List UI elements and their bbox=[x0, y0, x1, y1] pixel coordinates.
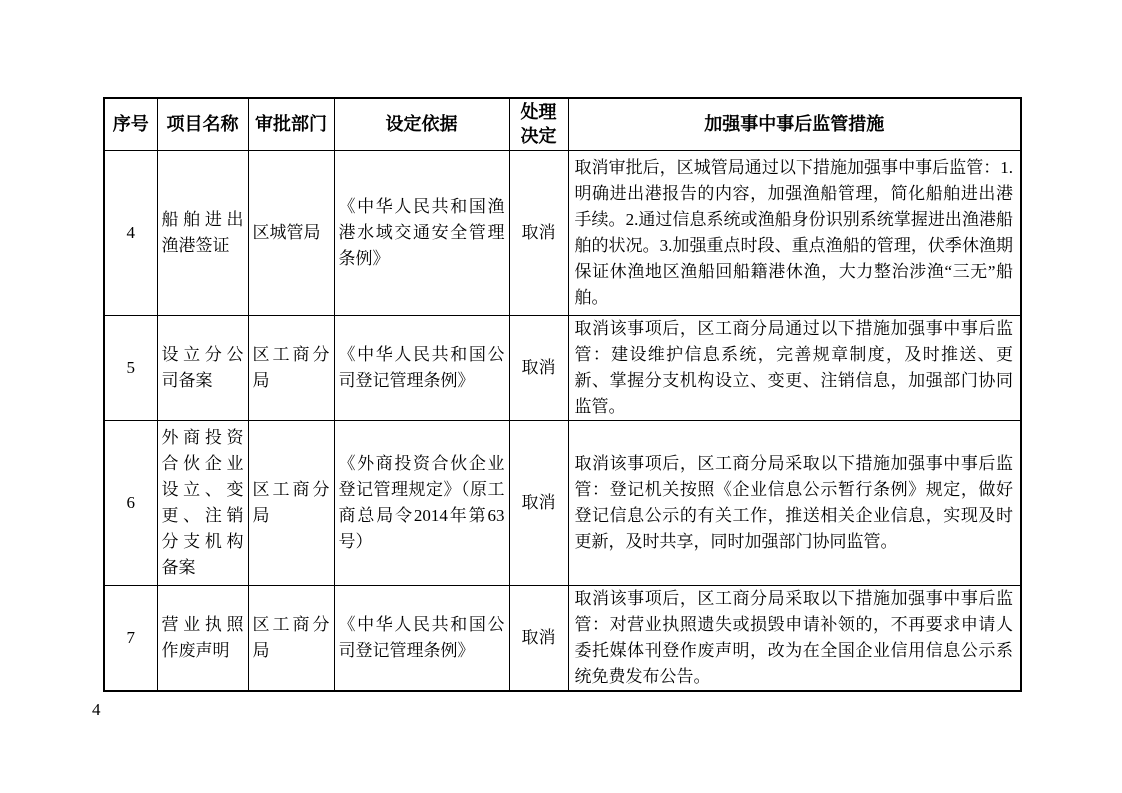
cell-approval-dept: 区工商分局 bbox=[248, 585, 334, 691]
document-page: 序号 项目名称 审批部门 设定依据 处理决定 加强事中事后监管措施 4 船舶进出… bbox=[0, 0, 1122, 793]
cell-no: 6 bbox=[104, 420, 157, 585]
header-cell-decision: 处理决定 bbox=[509, 98, 568, 150]
header-cell-measures: 加强事中事后监管措施 bbox=[568, 98, 1021, 150]
cell-no: 7 bbox=[104, 585, 157, 691]
cell-approval-dept: 区工商分局 bbox=[248, 420, 334, 585]
table-header-row: 序号 项目名称 审批部门 设定依据 处理决定 加强事中事后监管措施 bbox=[104, 98, 1021, 150]
cell-project-name: 营业执照作废声明 bbox=[157, 585, 248, 691]
table-row: 4 船舶进出渔港签证 区城管局 《中华人民共和国渔港水域交通安全管理条例》 取消… bbox=[104, 150, 1021, 315]
table-row: 5 设立分公司备案 区工商分局 《中华人民共和国公司登记管理条例》 取消 取消该… bbox=[104, 315, 1021, 420]
cell-basis: 《中华人民共和国公司登记管理条例》 bbox=[334, 315, 509, 420]
cell-approval-dept: 区城管局 bbox=[248, 150, 334, 315]
cell-measures: 取消该事项后，区工商分局采取以下措施加强事中事后监管：对营业执照遗失或损毁申请补… bbox=[568, 585, 1021, 691]
cell-measures: 取消该事项后，区工商分局通过以下措施加强事中事后监管：建设维护信息系统，完善规章… bbox=[568, 315, 1021, 420]
cell-decision: 取消 bbox=[509, 150, 568, 315]
cell-no: 5 bbox=[104, 315, 157, 420]
cell-basis: 《外商投资合伙企业登记管理规定》（原工商总局令2014年第63号） bbox=[334, 420, 509, 585]
cell-decision: 取消 bbox=[509, 585, 568, 691]
cell-measures: 取消审批后，区城管局通过以下措施加强事中事后监管：1.明确进出港报告的内容，加强… bbox=[568, 150, 1021, 315]
header-decision-label: 处理决定 bbox=[516, 100, 561, 148]
header-cell-approval-dept: 审批部门 bbox=[248, 98, 334, 150]
page-number: 4 bbox=[92, 700, 101, 720]
approval-items-table: 序号 项目名称 审批部门 设定依据 处理决定 加强事中事后监管措施 4 船舶进出… bbox=[103, 97, 1022, 692]
cell-project-name: 外商投资合伙企业设立、变更、注销分支机构备案 bbox=[157, 420, 248, 585]
cell-project-name: 船舶进出渔港签证 bbox=[157, 150, 248, 315]
header-cell-basis: 设定依据 bbox=[334, 98, 509, 150]
cell-decision: 取消 bbox=[509, 315, 568, 420]
cell-decision: 取消 bbox=[509, 420, 568, 585]
table-row: 6 外商投资合伙企业设立、变更、注销分支机构备案 区工商分局 《外商投资合伙企业… bbox=[104, 420, 1021, 585]
header-cell-project-name: 项目名称 bbox=[157, 98, 248, 150]
table-row: 7 营业执照作废声明 区工商分局 《中华人民共和国公司登记管理条例》 取消 取消… bbox=[104, 585, 1021, 691]
cell-project-name: 设立分公司备案 bbox=[157, 315, 248, 420]
cell-basis: 《中华人民共和国渔港水域交通安全管理条例》 bbox=[334, 150, 509, 315]
cell-measures: 取消该事项后，区工商分局采取以下措施加强事中事后监管：登记机关按照《企业信息公示… bbox=[568, 420, 1021, 585]
cell-basis: 《中华人民共和国公司登记管理条例》 bbox=[334, 585, 509, 691]
header-cell-no: 序号 bbox=[104, 98, 157, 150]
cell-no: 4 bbox=[104, 150, 157, 315]
cell-approval-dept: 区工商分局 bbox=[248, 315, 334, 420]
